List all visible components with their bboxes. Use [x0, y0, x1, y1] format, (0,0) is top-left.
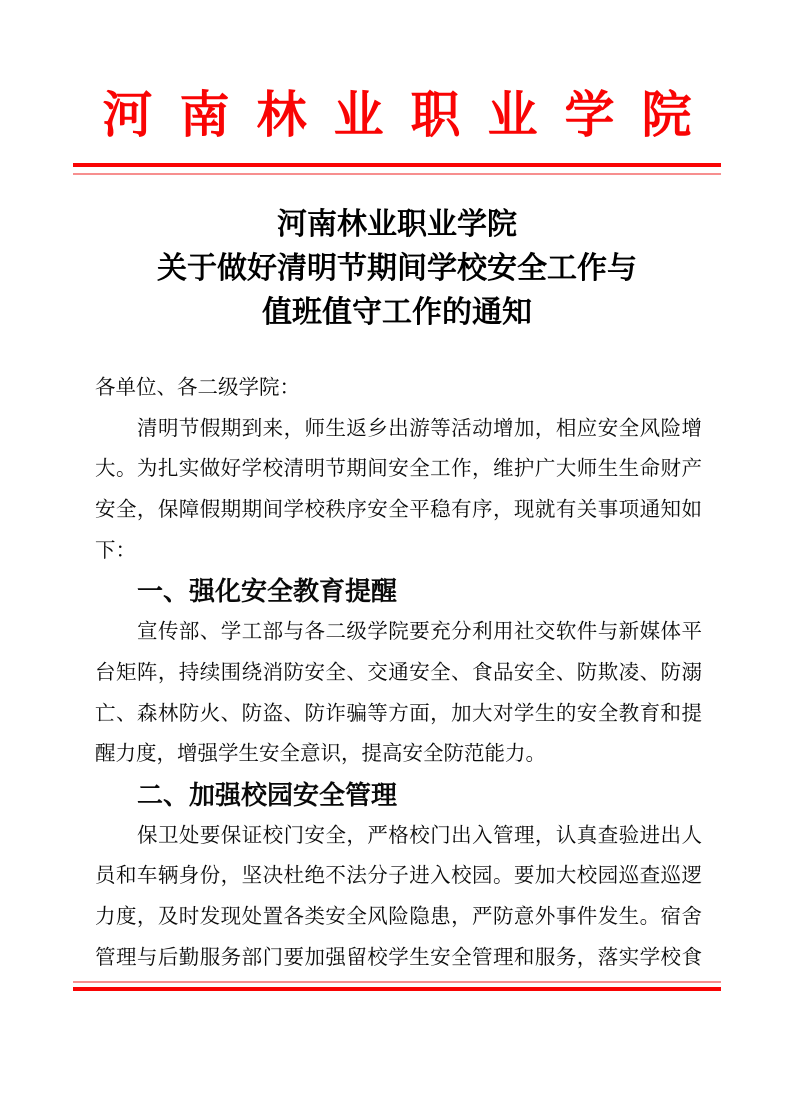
document-title-line-1: 河南林业职业学院: [0, 203, 794, 247]
footer-divider-thin: [73, 981, 721, 983]
body-text-line: 下：: [95, 531, 702, 572]
body-text-line: 亡、森林防火、防盗、防诈骗等方面，加大对学生的安全教育和提: [95, 694, 702, 735]
body-text-line: 大。为扎实做好学校清明节期间安全工作，维护广大师生生命财产: [95, 449, 702, 490]
section-heading: 二、加强校园安全管理: [95, 775, 702, 816]
body-text-line: 醒力度，增强学生安全意识，提高安全防范能力。: [95, 734, 702, 775]
body-text-line: 台矩阵，持续围绕消防安全、交通安全、食品安全、防欺凌、防溺: [95, 653, 702, 694]
section-heading: 一、强化安全教育提醒: [95, 571, 702, 612]
body-text-line: 力度，及时发现处置各类安全风险隐患，严防意外事件发生。宿舍: [95, 897, 702, 938]
letterhead-org-name: 河南林业职业学院: [0, 84, 794, 146]
letterhead-divider-thin: [73, 173, 721, 175]
document-title-line-3: 值班值守工作的通知: [0, 291, 794, 335]
letterhead-divider-thick: [73, 163, 721, 167]
document-body: 各单位、各二级学院：清明节假期到来，师生返乡出游等活动增加，相应安全风险增大。为…: [95, 368, 702, 978]
document-title: 河南林业职业学院 关于做好清明节期间学校安全工作与 值班值守工作的通知: [0, 203, 794, 335]
body-text-line: 保卫处要保证校门安全，严格校门出入管理，认真查验进出人: [95, 816, 702, 857]
body-text-line: 宣传部、学工部与各二级学院要充分利用社交软件与新媒体平: [95, 612, 702, 653]
body-text-line: 管理与后勤服务部门要加强留校学生安全管理和服务，落实学校食: [95, 938, 702, 979]
body-text-line: 各单位、各二级学院：: [95, 368, 702, 409]
body-text-line: 安全，保障假期期间学校秩序安全平稳有序，现就有关事项通知如: [95, 490, 702, 531]
footer-divider-thick: [73, 987, 721, 991]
document-page: 河南林业职业学院 河南林业职业学院 关于做好清明节期间学校安全工作与 值班值守工…: [0, 0, 794, 1108]
document-title-line-2: 关于做好清明节期间学校安全工作与: [0, 247, 794, 291]
body-text-line: 员和车辆身份，坚决杜绝不法分子进入校园。要加大校园巡查巡逻: [95, 856, 702, 897]
body-text-line: 清明节假期到来，师生返乡出游等活动增加，相应安全风险增: [95, 409, 702, 450]
